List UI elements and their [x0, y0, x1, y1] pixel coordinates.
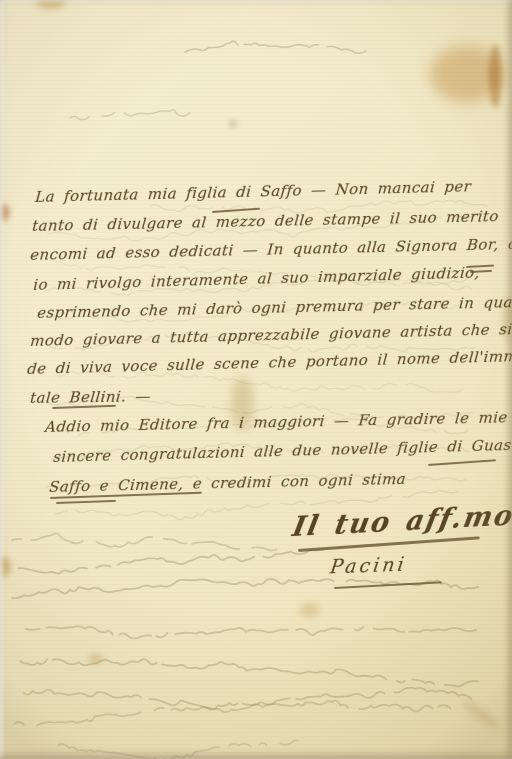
verso-bleedthrough-stroke: [24, 688, 472, 710]
verso-bleedthrough-stroke: [26, 626, 484, 638]
verso-bleedthrough-stroke: [12, 579, 478, 598]
verso-bleedthrough-layer: [0, 0, 512, 759]
verso-bleedthrough-stroke: [18, 550, 335, 574]
verso-bleedthrough-stroke: [185, 41, 366, 53]
verso-bleedthrough-stroke: [58, 740, 299, 759]
verso-bleedthrough-stroke: [12, 533, 276, 550]
verso-bleedthrough-stroke: [70, 110, 190, 120]
verso-bleedthrough-stroke: [20, 659, 478, 686]
letter-scan: La fortunata mia figlia di Saffo — Non m…: [0, 0, 512, 759]
signature-name: Pacini: [329, 553, 408, 578]
handwriting-line: tale Bellini. —: [29, 387, 151, 407]
